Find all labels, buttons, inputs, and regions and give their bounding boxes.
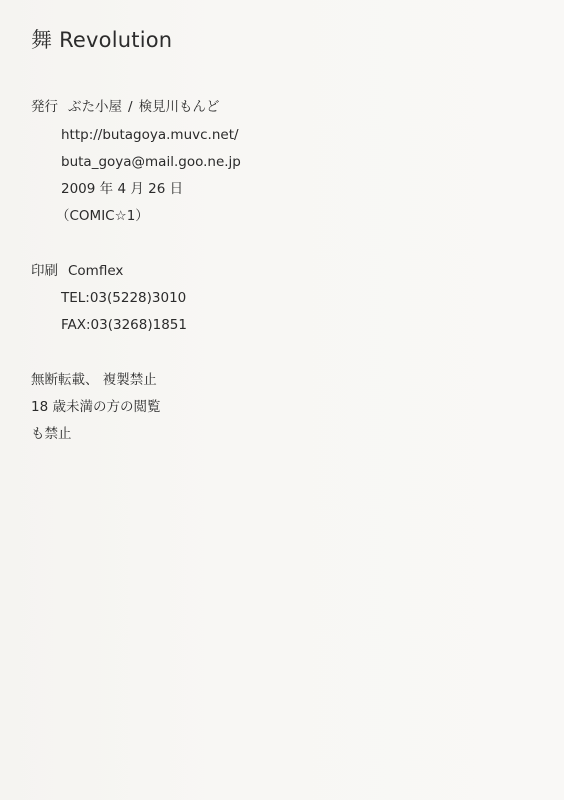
publisher-url: http://butagoya.muvc.net/: [61, 126, 239, 144]
publisher-label: 発行: [31, 98, 58, 116]
printer-name: Comflex: [68, 263, 123, 279]
notice-line-3: も禁止: [31, 425, 72, 443]
event-name: （COMIC☆1）: [56, 207, 149, 225]
separator: /: [128, 99, 133, 115]
publish-date: 2009 年 4 月 26 日: [61, 180, 183, 198]
printer-label: 印刷: [31, 262, 58, 280]
circle-name: ぶた小屋: [68, 99, 122, 115]
printer-line: 印刷Comflex: [31, 262, 123, 280]
printer-tel: TEL:03(5228)3010: [61, 289, 186, 307]
notice-line-2: 18 歳未満の方の閲覧: [31, 398, 160, 416]
book-title: 舞 Revolution: [31, 27, 172, 53]
publisher-email: buta_goya@mail.goo.ne.jp: [61, 153, 241, 171]
colophon-page: 舞 Revolution 発行ぶた小屋/検見川もんど http://butago…: [0, 0, 564, 800]
publisher-line: 発行ぶた小屋/検見川もんど: [31, 98, 220, 116]
author-name: 検見川もんど: [139, 99, 220, 115]
printer-fax: FAX:03(3268)1851: [61, 316, 187, 334]
notice-line-1: 無断転載、 複製禁止: [31, 371, 157, 389]
